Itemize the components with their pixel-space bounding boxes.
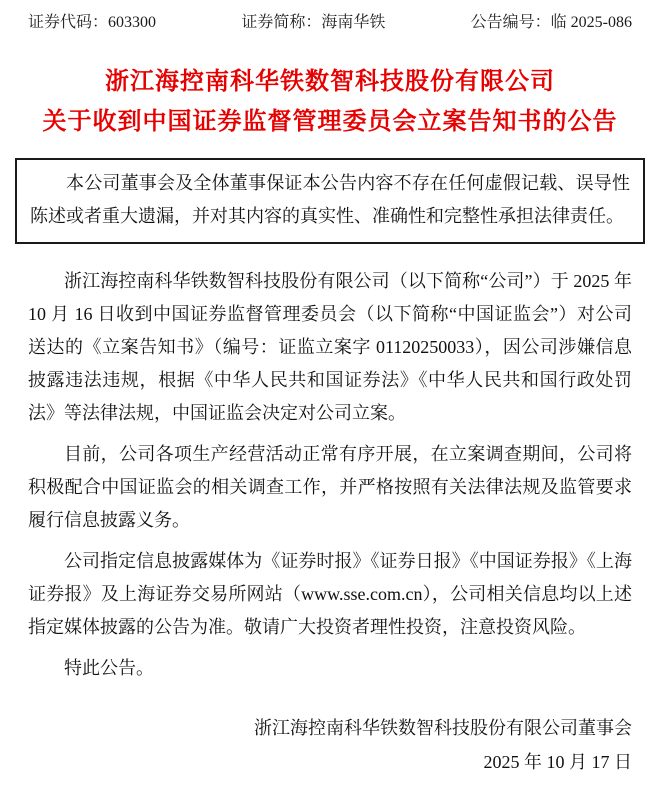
signature-date: 2025 年 10 月 17 日 (28, 745, 632, 779)
title-line-company: 浙江海控南科华铁数智科技股份有限公司 (28, 62, 632, 102)
body-paragraph-3: 公司指定信息披露媒体为《证券时报》《证券日报》《中国证券报》《上海证券报》及上海… (28, 545, 632, 644)
disclaimer-box: 本公司董事会及全体董事保证本公告内容不存在任何虚假记载、误导性陈述或者重大遗漏，… (15, 158, 645, 244)
announcement-document: 证券代码：603300 证券简称：海南华铁 公告编号：临 2025-086 浙江… (0, 0, 660, 788)
body-paragraph-1: 浙江海控南科华铁数智科技股份有限公司（以下简称“公司”）于 2025 年 10 … (28, 265, 632, 430)
signature-block: 浙江海控南科华铁数智科技股份有限公司董事会 2025 年 10 月 17 日 (28, 711, 632, 779)
stock-code: 证券代码：603300 (28, 12, 156, 34)
disclaimer-text: 本公司董事会及全体董事保证本公告内容不存在任何虚假记载、误导性陈述或者重大遗漏，… (30, 167, 630, 233)
body-paragraph-2: 目前，公司各项生产经营活动正常有序开展，在立案调查期间，公司将积极配合中国证监会… (28, 438, 632, 537)
title-line-subject: 关于收到中国证券监督管理委员会立案告知书的公告 (28, 102, 632, 142)
document-body: 浙江海控南科华铁数智科技股份有限公司（以下简称“公司”）于 2025 年 10 … (28, 265, 632, 685)
signature-company: 浙江海控南科华铁数智科技股份有限公司董事会 (28, 711, 632, 745)
body-paragraph-closing: 特此公告。 (28, 652, 632, 685)
announcement-number: 公告编号：临 2025-086 (471, 12, 632, 34)
document-header: 证券代码：603300 证券简称：海南华铁 公告编号：临 2025-086 (28, 10, 632, 34)
announcement-title: 浙江海控南科华铁数智科技股份有限公司 关于收到中国证券监督管理委员会立案告知书的… (28, 62, 632, 142)
stock-short-name: 证券简称：海南华铁 (241, 12, 385, 34)
